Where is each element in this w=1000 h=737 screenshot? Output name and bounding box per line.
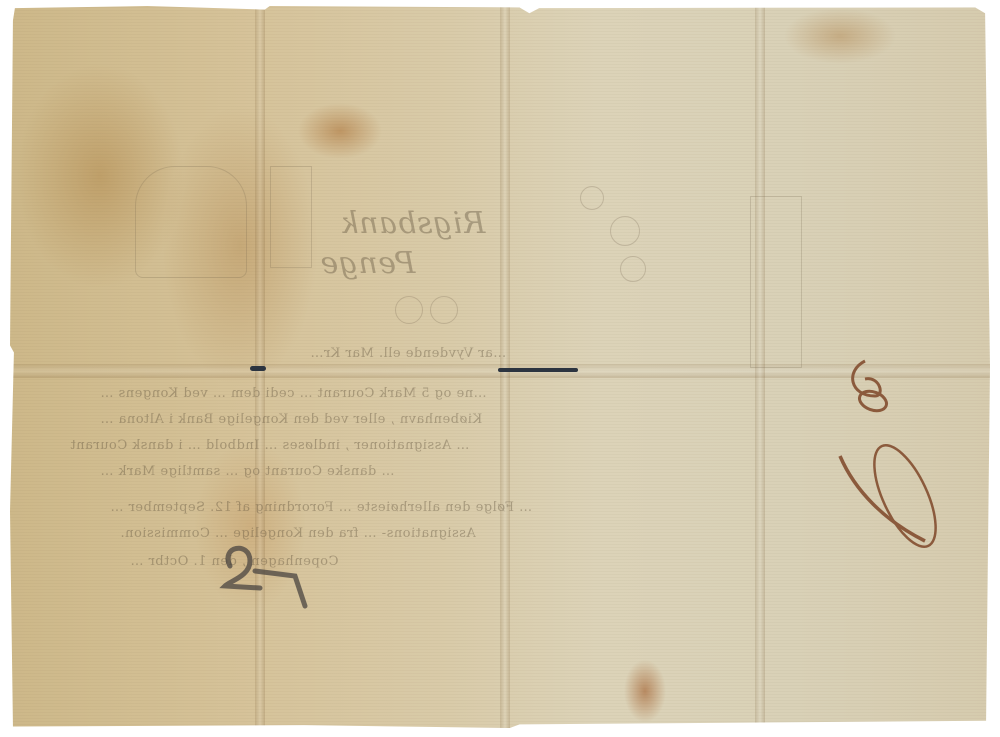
handwritten-number: [825, 341, 955, 561]
mirrored-text-line: … Følge den allerhøieste … Forordning af…: [110, 500, 532, 515]
mirrored-heading-text: Rigsbank: [340, 206, 485, 241]
mirrored-text-line: … Assignationer , indløses … Indbold … i…: [70, 438, 469, 453]
mirrored-heading-text: Penge: [320, 246, 415, 281]
rosette-ornament: [610, 216, 640, 246]
rosette-ornament: [430, 296, 458, 324]
mirrored-text-line: Kiøbenhavn , eller ved den Kongelige Ban…: [100, 412, 482, 427]
vertical-fold-center: [500, 6, 510, 728]
mirrored-text-line: …ne og 5 Mark Courant … cedi dem … ved K…: [100, 386, 487, 401]
mirrored-text-line: … danske Courant og … samtlige Mark …: [100, 464, 394, 479]
rosette-ornament: [580, 186, 604, 210]
rosette-ornament: [395, 296, 423, 324]
border-frame-ornament: [270, 166, 312, 268]
banknote-reverse: Rigsbank Penge …ar Vyvdende ell. Mar Kr……: [10, 6, 990, 728]
mirrored-text-line: …ar Vyvdende ell. Mar Kr…: [310, 346, 506, 361]
rosette-ornament: [620, 256, 646, 282]
tear-mark: [498, 368, 578, 372]
border-frame-ornament: [750, 196, 802, 368]
cartouche-ornament: [135, 166, 247, 278]
tear-mark: [250, 366, 266, 371]
pencil-mark: [210, 536, 320, 616]
